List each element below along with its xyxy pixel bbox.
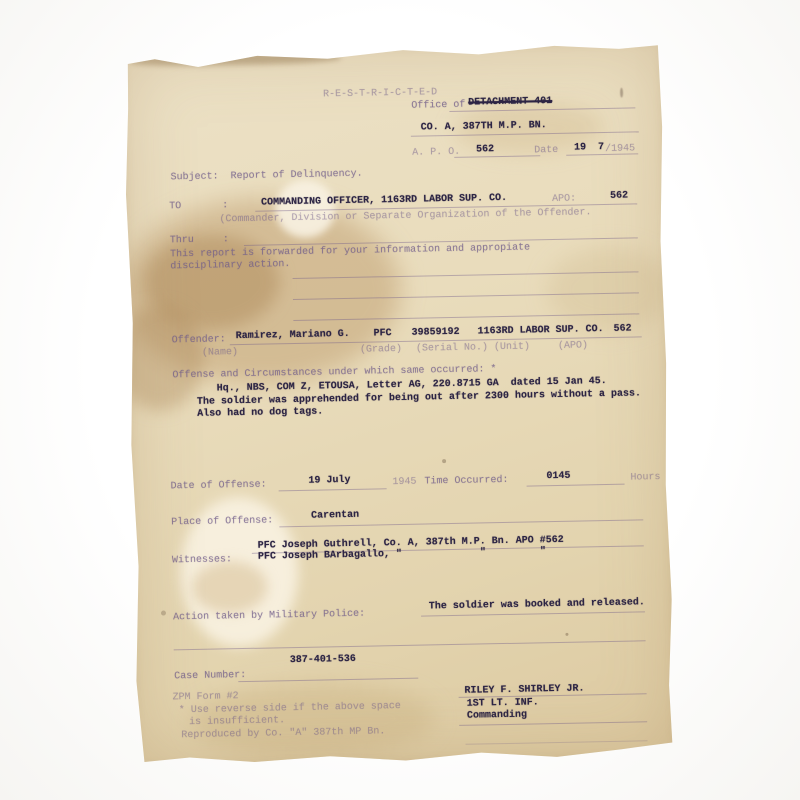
case-value: 387-401-536 [290,654,356,667]
unit-line: CO. A, 387TH M.P. BN. [421,120,547,134]
photo-background: { "classification": "R-E-S-T-R-I-C-T-E-D… [0,0,800,800]
apo-label: A. P. O. [412,147,460,160]
subject-line: Subject: Report of Delinquency. [171,169,363,185]
form-number: ZPM Form #2 [172,691,238,704]
caption-name: (Name) [202,347,238,360]
thru-body-2: disciplinary action. [170,259,290,273]
signature-rank: 1ST LT. INF. [467,697,539,710]
paper-stain [192,561,268,614]
offender-name: Ramirez, Mariano G. [236,329,350,343]
date-value: 19 7 [574,142,604,155]
form-line [454,155,540,158]
signature-title: Commanding [467,710,527,723]
paper-stain [130,51,340,67]
year-label: 1945 [392,477,416,489]
ink-speckle [442,459,446,463]
to-label: TO [169,201,181,213]
form-line [293,271,639,279]
form-line [293,313,639,321]
hours-label: Hours [630,472,660,485]
caption-apo: (APO) [558,340,588,353]
caption-unit: (Unit) [494,341,530,354]
date-suffix: /1945 [605,143,635,156]
time-occurred-value: 0145 [546,471,570,483]
to-apo-label: APO: [552,194,576,206]
paper-stain [546,246,673,333]
form-line [293,292,639,300]
offender-apo: 562 [614,324,632,336]
case-label: Case Number: [174,670,246,683]
action-label: Action taken by Military Police: [173,609,365,625]
date-label: Date [534,145,558,157]
witnesses-label: Witnesses: [172,554,232,567]
ink-speckle [161,611,166,616]
caption-grade: (Grade) [360,344,402,357]
offender-label: Offender: [172,334,226,347]
office-of-value: DETACHMENT 401 [468,96,552,110]
caption-serial: (Serial No.) [416,342,488,355]
ink-speckle [565,633,568,636]
date-of-offense-value: 19 July [308,475,350,488]
footnote-3: Reproduced by Co. "A" 387th MP Bn. [181,726,385,742]
apo-value: 562 [476,144,494,156]
to-apo-value: 562 [610,191,628,203]
form-line [466,740,648,744]
place-label: Place of Offense: [171,515,273,529]
offense-line-3: Also had no dog tags. [197,406,323,420]
form-line [174,640,646,650]
classification-banner: R-E-S-T-R-I-C-T-E-D [323,87,437,101]
form-line [238,678,418,682]
to-colon: : [222,200,228,212]
ink-speckle [620,88,623,98]
thru-colon: : [223,234,229,246]
date-of-offense-label: Date of Offense: [170,480,266,494]
footnote-2: is insufficient. [189,715,285,729]
place-value: Carentan [311,510,359,523]
offender-grade: PFC [374,328,392,340]
offender-unit: 1163RD LABOR SUP. CO. [478,324,604,338]
thru-label: Thru [170,235,194,247]
paper-stain [113,305,205,412]
form-line [527,484,625,487]
form-line [279,488,387,491]
offender-serial: 39859192 [412,327,460,340]
document-page: R-E-S-T-R-I-C-T-E-D Office of DETACHMENT… [122,41,676,767]
time-occurred-label: Time Occurred: [424,475,508,489]
